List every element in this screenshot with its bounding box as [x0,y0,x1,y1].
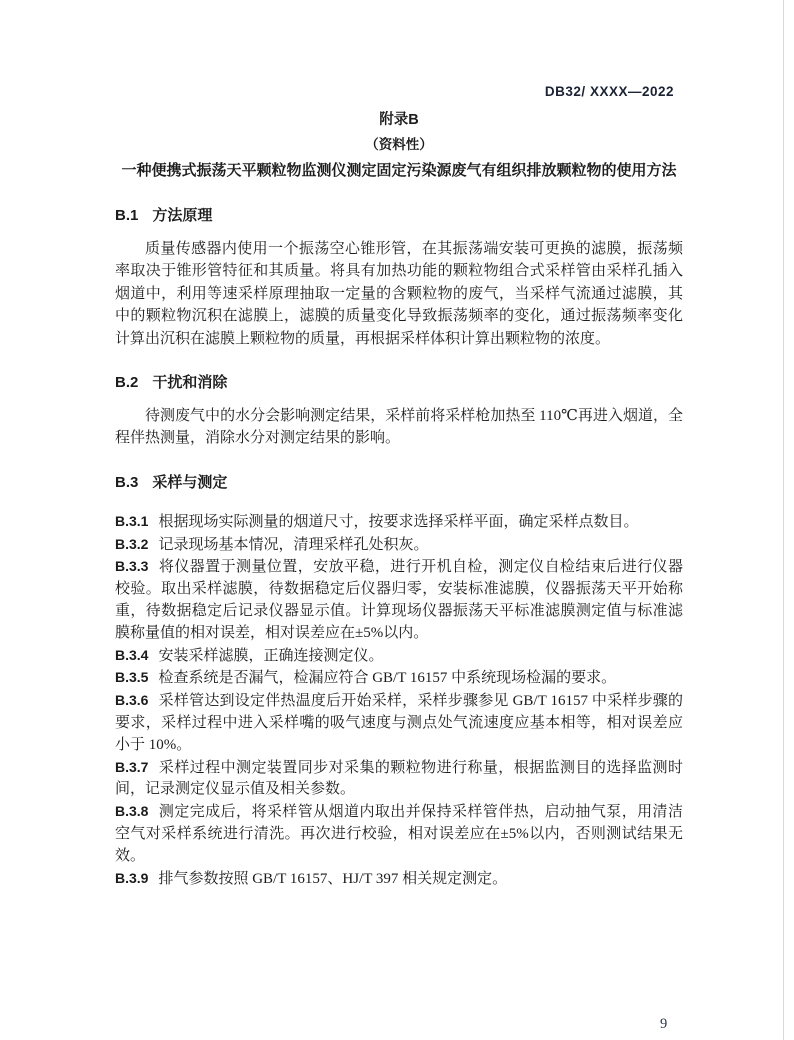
paragraph-b2: 待测废气中的水分会影响测定结果，采样前将采样枪加热至 110℃再进入烟道，全程伴… [115,405,683,450]
section-title: 采样与测定 [152,474,227,491]
section-number: B.3 [115,474,138,491]
section-number: B.2 [115,374,138,391]
clause-text: 将仪器置于测量位置，安放平稳，进行开机自检，测定仪自检结束后进行仪器校验。取出采… [115,559,683,640]
section-heading-b1: B.1方法原理 [115,205,683,226]
clause-text: 根据现场实际测量的烟道尺寸，按要求选择采样平面，确定采样点数目。 [158,514,638,530]
clause-b3-4: B.3.4安装采样滤膜，正确连接测定仪。 [115,645,683,668]
clause-number: B.3.5 [115,669,148,685]
clause-number: B.3.6 [115,692,148,708]
clause-b3-2: B.3.2记录现场基本情况，清理采样孔处积灰。 [115,534,683,557]
clause-b3-7: B.3.7采样过程中测定装置同步对采集的颗粒物进行称量，根据监测目的选择监测时间… [115,757,683,802]
clause-text: 测定完成后，将采样管从烟道内取出并保持采样管伴热，启动抽气泵，用清洁空气对采样系… [115,804,683,864]
page-content: 附录B （资料性） 一种便携式振荡天平颗粒物监测仪测定固定污染源废气有组织排放颗… [115,0,683,890]
section-title: 方法原理 [152,207,212,224]
clause-b3-1: B.3.1根据现场实际测量的烟道尺寸，按要求选择采样平面，确定采样点数目。 [115,511,683,534]
clause-number: B.3.1 [115,513,148,529]
clause-text: 安装采样滤膜，正确连接测定仪。 [158,648,383,664]
clause-number: B.3.8 [115,803,148,819]
page-number: 9 [660,1016,667,1033]
clause-b3-3: B.3.3将仪器置于测量位置，安放平稳，进行开机自检，测定仪自检结束后进行仪器校… [115,556,683,644]
clause-text: 采样管达到设定伴热温度后开始采样，采样步骤参见 GB/T 16157 中采样步骤… [115,693,683,753]
document-page: DB32/ XXXX—2022 附录B （资料性） 一种便携式振荡天平颗粒物监测… [0,0,794,1040]
clause-b3-6: B.3.6采样管达到设定伴热温度后开始采样，采样步骤参见 GB/T 16157 … [115,690,683,756]
section-heading-b3: B.3采样与测定 [115,472,683,493]
clause-list: B.3.1根据现场实际测量的烟道尺寸，按要求选择采样平面，确定采样点数目。 B.… [115,511,683,891]
clause-b3-9: B.3.9排气参数按照 GB/T 16157、HJ/T 397 相关规定测定。 [115,868,683,891]
clause-b3-8: B.3.8测定完成后，将采样管从烟道内取出并保持采样管伴热，启动抽气泵，用清洁空… [115,801,683,867]
clause-text: 检查系统是否漏气，检漏应符合 GB/T 16157 中系统现场检漏的要求。 [158,670,616,686]
clause-number: B.3.4 [115,647,148,663]
clause-number: B.3.9 [115,870,148,886]
clause-text: 记录现场基本情况，清理采样孔处积灰。 [158,537,428,553]
paragraph-b1: 质量传感器内使用一个振荡空心锥形管，在其振荡端安装可更换的滤膜，振荡频率取决于锥… [115,238,683,350]
appendix-label: 附录B [115,110,683,130]
clause-number: B.3.3 [115,558,148,574]
clause-text: 采样过程中测定装置同步对采集的颗粒物进行称量，根据监测目的选择监测时间，记录测定… [115,760,683,798]
page-edge-line [783,0,784,1040]
clause-number: B.3.7 [115,759,148,775]
appendix-note: （资料性） [115,136,683,154]
section-title: 干扰和消除 [152,374,227,391]
section-heading-b2: B.2干扰和消除 [115,372,683,393]
clause-number: B.3.2 [115,536,148,552]
appendix-title: 一种便携式振荡天平颗粒物监测仪测定固定污染源废气有组织排放颗粒物的使用方法 [115,160,683,181]
clause-b3-5: B.3.5检查系统是否漏气，检漏应符合 GB/T 16157 中系统现场检漏的要… [115,667,683,690]
section-number: B.1 [115,207,138,224]
clause-text: 排气参数按照 GB/T 16157、HJ/T 397 相关规定测定。 [158,871,507,887]
